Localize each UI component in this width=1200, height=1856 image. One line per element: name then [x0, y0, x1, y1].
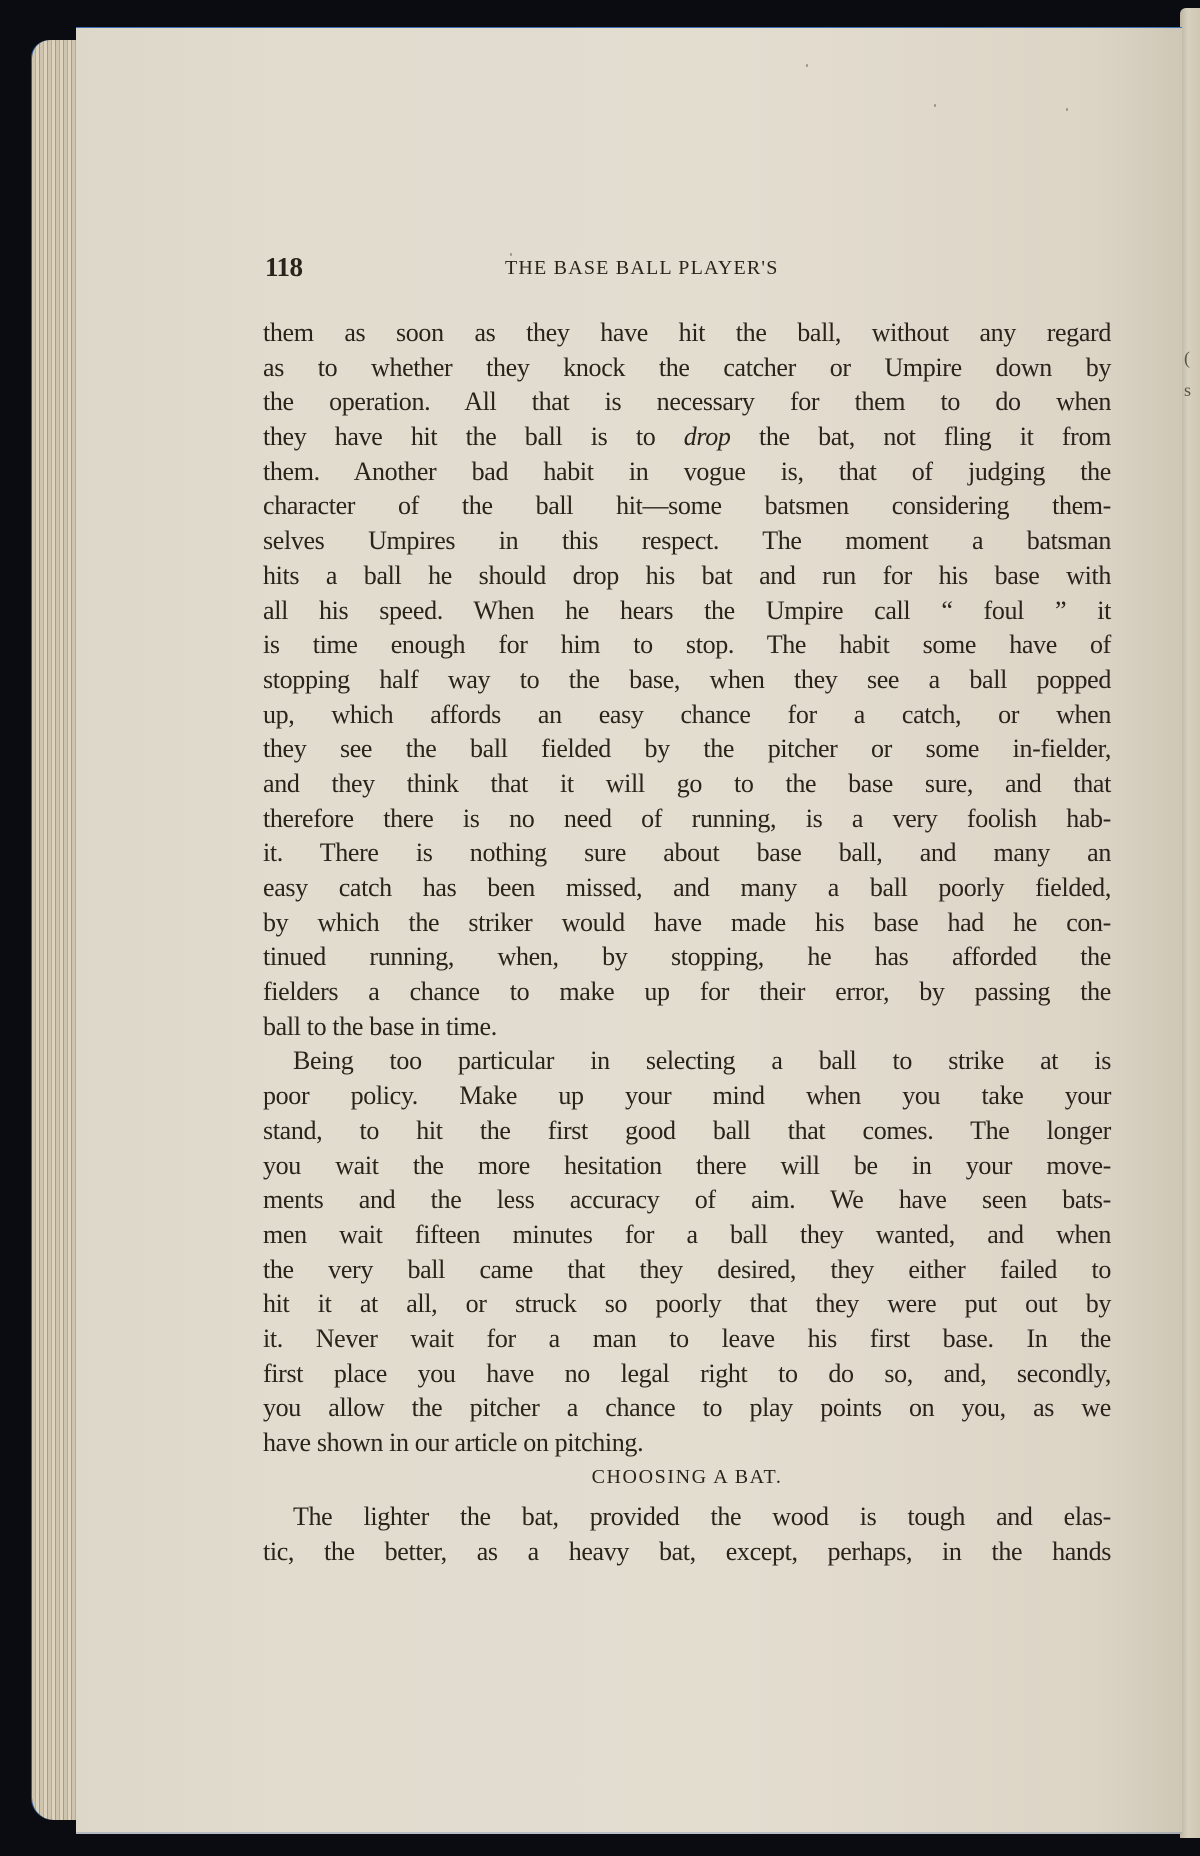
text-line: have shown in our article on pitching. [263, 1426, 1111, 1461]
text-line: ball to the base in time. [263, 1010, 1111, 1045]
italic-emphasis: drop [684, 422, 731, 451]
text-line: as to whether they knock the catcher or … [263, 351, 1111, 386]
text-line: up, which affords an easy chance for a c… [263, 698, 1111, 733]
text-line: character of the ball hit—some batsmen c… [263, 489, 1111, 524]
body-text: them as soon as they have hit the ball, … [263, 316, 1111, 1461]
text-line: you wait the more hesitation there will … [263, 1149, 1111, 1184]
section-body: The lighter the bat, provided the wood i… [263, 1500, 1111, 1569]
text-line: they see the ball fielded by the pitcher… [263, 732, 1111, 767]
paper-speck [934, 104, 936, 107]
text-line: stand, to hit the first good ball that c… [263, 1114, 1111, 1149]
text-line: tic, the better, as a heavy bat, except,… [263, 1535, 1111, 1570]
text-line: fielders a chance to make up for their e… [263, 975, 1111, 1010]
page-number: 118 [265, 252, 303, 283]
text-line-with-italic: they have hit the ball is to drop the ba… [263, 420, 1111, 455]
text-line: stopping half way to the base, when they… [263, 663, 1111, 698]
text-line: ments and the less accuracy of aim. We h… [263, 1183, 1111, 1218]
facing-page-fragment: ( [1184, 348, 1190, 369]
text-line: poor policy. Make up your mind when you … [263, 1079, 1111, 1114]
text-line: hit it at all, or struck so poorly that … [263, 1287, 1111, 1322]
facing-page-edge: ( s [1180, 8, 1200, 1838]
text-line: them. Another bad habit in vogue is, tha… [263, 455, 1111, 490]
text-line: The lighter the bat, provided the wood i… [263, 1500, 1111, 1535]
text-line: hits a ball he should drop his bat and r… [263, 559, 1111, 594]
text-line: it. There is nothing sure about base bal… [263, 836, 1111, 871]
text-line: men wait fifteen minutes for a ball they… [263, 1218, 1111, 1253]
text-line: you allow the pitcher a chance to play p… [263, 1391, 1111, 1426]
text-line: selves Umpires in this respect. The mome… [263, 524, 1111, 559]
running-head: 118 THE BASE BALL PLAYER'S [263, 252, 1110, 288]
text-line: tinued running, when, by stopping, he ha… [263, 940, 1111, 975]
book-photo: ( s 118 THE BASE BALL PLAYER'S them as s… [0, 0, 1200, 1856]
text-line: easy catch has been missed, and many a b… [263, 871, 1111, 906]
text-line: first place you have no legal right to d… [263, 1357, 1111, 1392]
paper-speck [1066, 108, 1068, 111]
text-line: it. Never wait for a man to leave his fi… [263, 1322, 1111, 1357]
text-line: by which the striker would have made his… [263, 906, 1111, 941]
section-heading: CHOOSING A BAT. [263, 1466, 1111, 1489]
text-line: all his speed. When he hears the Umpire … [263, 594, 1111, 629]
text-line: is time enough for him to stop. The habi… [263, 628, 1111, 663]
text-line: and they think that it will go to the ba… [263, 767, 1111, 802]
text-line: them as soon as they have hit the ball, … [263, 316, 1111, 351]
text-line: the operation. All that is necessary for… [263, 385, 1111, 420]
paper-speck [806, 64, 808, 67]
text-line: Being too particular in selecting a ball… [263, 1044, 1111, 1079]
paragraph-1: them as soon as they have hit the ball, … [263, 316, 1111, 1044]
facing-page-fragment: s [1184, 380, 1191, 401]
text-line: the very ball came that they desired, th… [263, 1253, 1111, 1288]
running-title: THE BASE BALL PLAYER'S [505, 257, 779, 280]
text-line: therefore there is no need of running, i… [263, 802, 1111, 837]
paragraph-2: Being too particular in selecting a ball… [263, 1044, 1111, 1460]
